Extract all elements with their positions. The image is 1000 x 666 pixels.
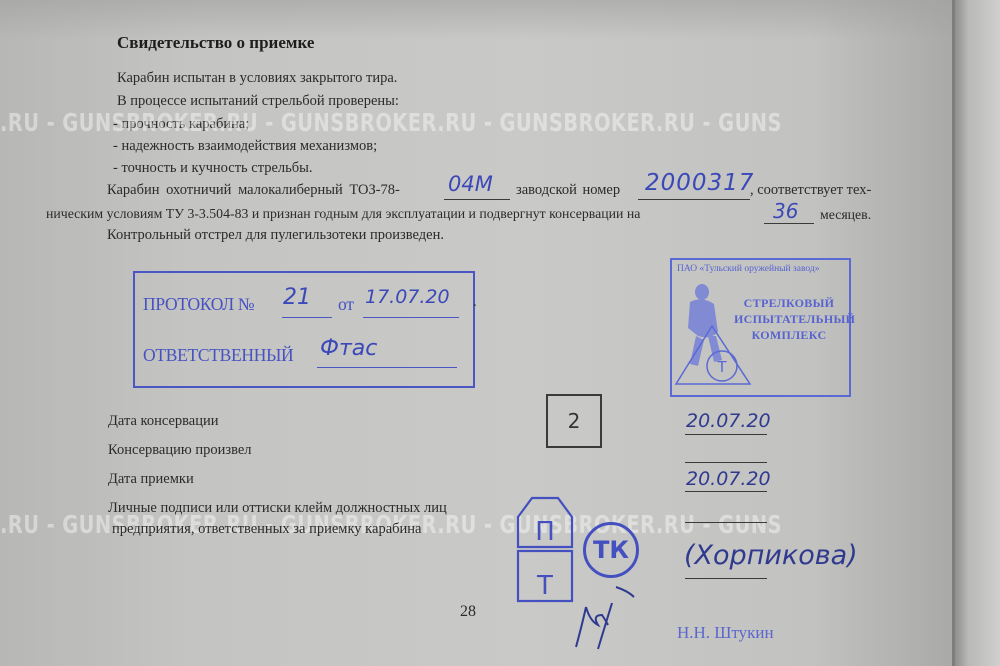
conservation-date-line	[685, 434, 767, 435]
adjacent-page-edge	[955, 0, 1000, 666]
acceptance-date-label: Дата приемки	[108, 471, 194, 488]
intro-line-5: - точность и кучность стрельбы.	[113, 160, 313, 177]
conservation-date-value: 20.07.20	[686, 410, 771, 432]
protocol-label: ПРОТОКОЛ №	[143, 294, 254, 315]
factory-stamp-line-3: КОМПЛЕКС	[734, 328, 844, 343]
model-sentence-line2-suffix: месяцев.	[820, 207, 871, 223]
conserved-by-line	[685, 462, 767, 463]
acceptance-date-value: 20.07.20	[686, 468, 771, 490]
factory-stamp-line-2: ИСПЫТАТЕЛЬНЫЙ	[734, 312, 844, 327]
signatures-label-line-2: предприятия, ответственных за приемку ка…	[112, 521, 421, 538]
model-suffix-line	[444, 199, 510, 200]
model-sentence-tail: , соответствует тех-	[750, 182, 871, 199]
model-suffix-value: 04М	[448, 172, 493, 196]
tk-acceptance-stamp: ТК	[583, 522, 639, 578]
conservation-date-label: Дата консервации	[108, 413, 219, 430]
serial-line	[638, 199, 750, 200]
responsible-signature: Фтас	[320, 336, 377, 361]
months-line	[764, 223, 814, 224]
handwritten-signature: (Хорпикова)	[684, 540, 858, 571]
signature-line-2	[685, 578, 767, 579]
protocol-dot: .	[473, 294, 477, 311]
watermark: .RU - GUNSBROKER.RU - GUNSBROKER.RU - GU…	[0, 108, 780, 137]
signer-name: Н.Н. Штукин	[677, 623, 774, 643]
svg-text:Т: Т	[716, 358, 727, 376]
factory-stamp: ПАО «Тульский оружейный завод» Т СТРЕЛКО…	[670, 258, 851, 397]
initials-signature-icon	[568, 585, 648, 655]
protocol-from-label: от	[338, 294, 354, 315]
conservation-months-value: 36	[773, 199, 798, 223]
intro-line-1: Карабин испытан в условиях закрытого тир…	[117, 70, 397, 87]
svg-text:П: П	[535, 517, 555, 547]
page-title: Свидетельство о приемке	[117, 33, 314, 53]
protocol-number-value: 21	[283, 285, 311, 310]
page-number: 28	[460, 603, 476, 621]
serial-label: заводской номер	[516, 182, 620, 199]
factory-stamp-line-1: СТРЕЛКОВЫЙ	[734, 296, 844, 311]
signatures-label-line-1: Личные подписи или оттиски клейм должнос…	[108, 500, 447, 517]
inspection-number-box: 2	[546, 394, 602, 448]
model-sentence-prefix: Карабин охотничий малокалиберный ТОЗ-78-	[107, 182, 400, 199]
protocol-date-value: 17.07.20	[365, 286, 450, 308]
factory-stamp-header: ПАО «Тульский оружейный завод»	[677, 264, 819, 274]
control-shot-text: Контрольный отстрел для пулегильзотеки п…	[107, 227, 444, 244]
protocol-number-line	[282, 317, 332, 318]
pt-acceptance-stamp: П Т	[514, 495, 576, 607]
model-sentence-line2: ническим условиям ТУ 3-3.504-83 и призна…	[46, 206, 640, 222]
protocol-date-line	[363, 317, 459, 318]
protocol-stamp: ПРОТОКОЛ № 21 от 17.07.20 ОТВЕТСТВЕННЫЙ …	[133, 271, 475, 388]
serial-number-value: 2000317	[645, 170, 754, 196]
responsible-label: ОТВЕТСТВЕННЫЙ	[143, 345, 293, 366]
intro-line-4: - надежность взаимодействия механизмов;	[113, 138, 377, 155]
svg-text:Т: Т	[536, 571, 553, 601]
conserved-by-label: Консервацию произвел	[108, 442, 252, 459]
responsible-line	[317, 367, 457, 368]
signature-line-1	[685, 522, 767, 523]
acceptance-date-line	[685, 491, 767, 492]
